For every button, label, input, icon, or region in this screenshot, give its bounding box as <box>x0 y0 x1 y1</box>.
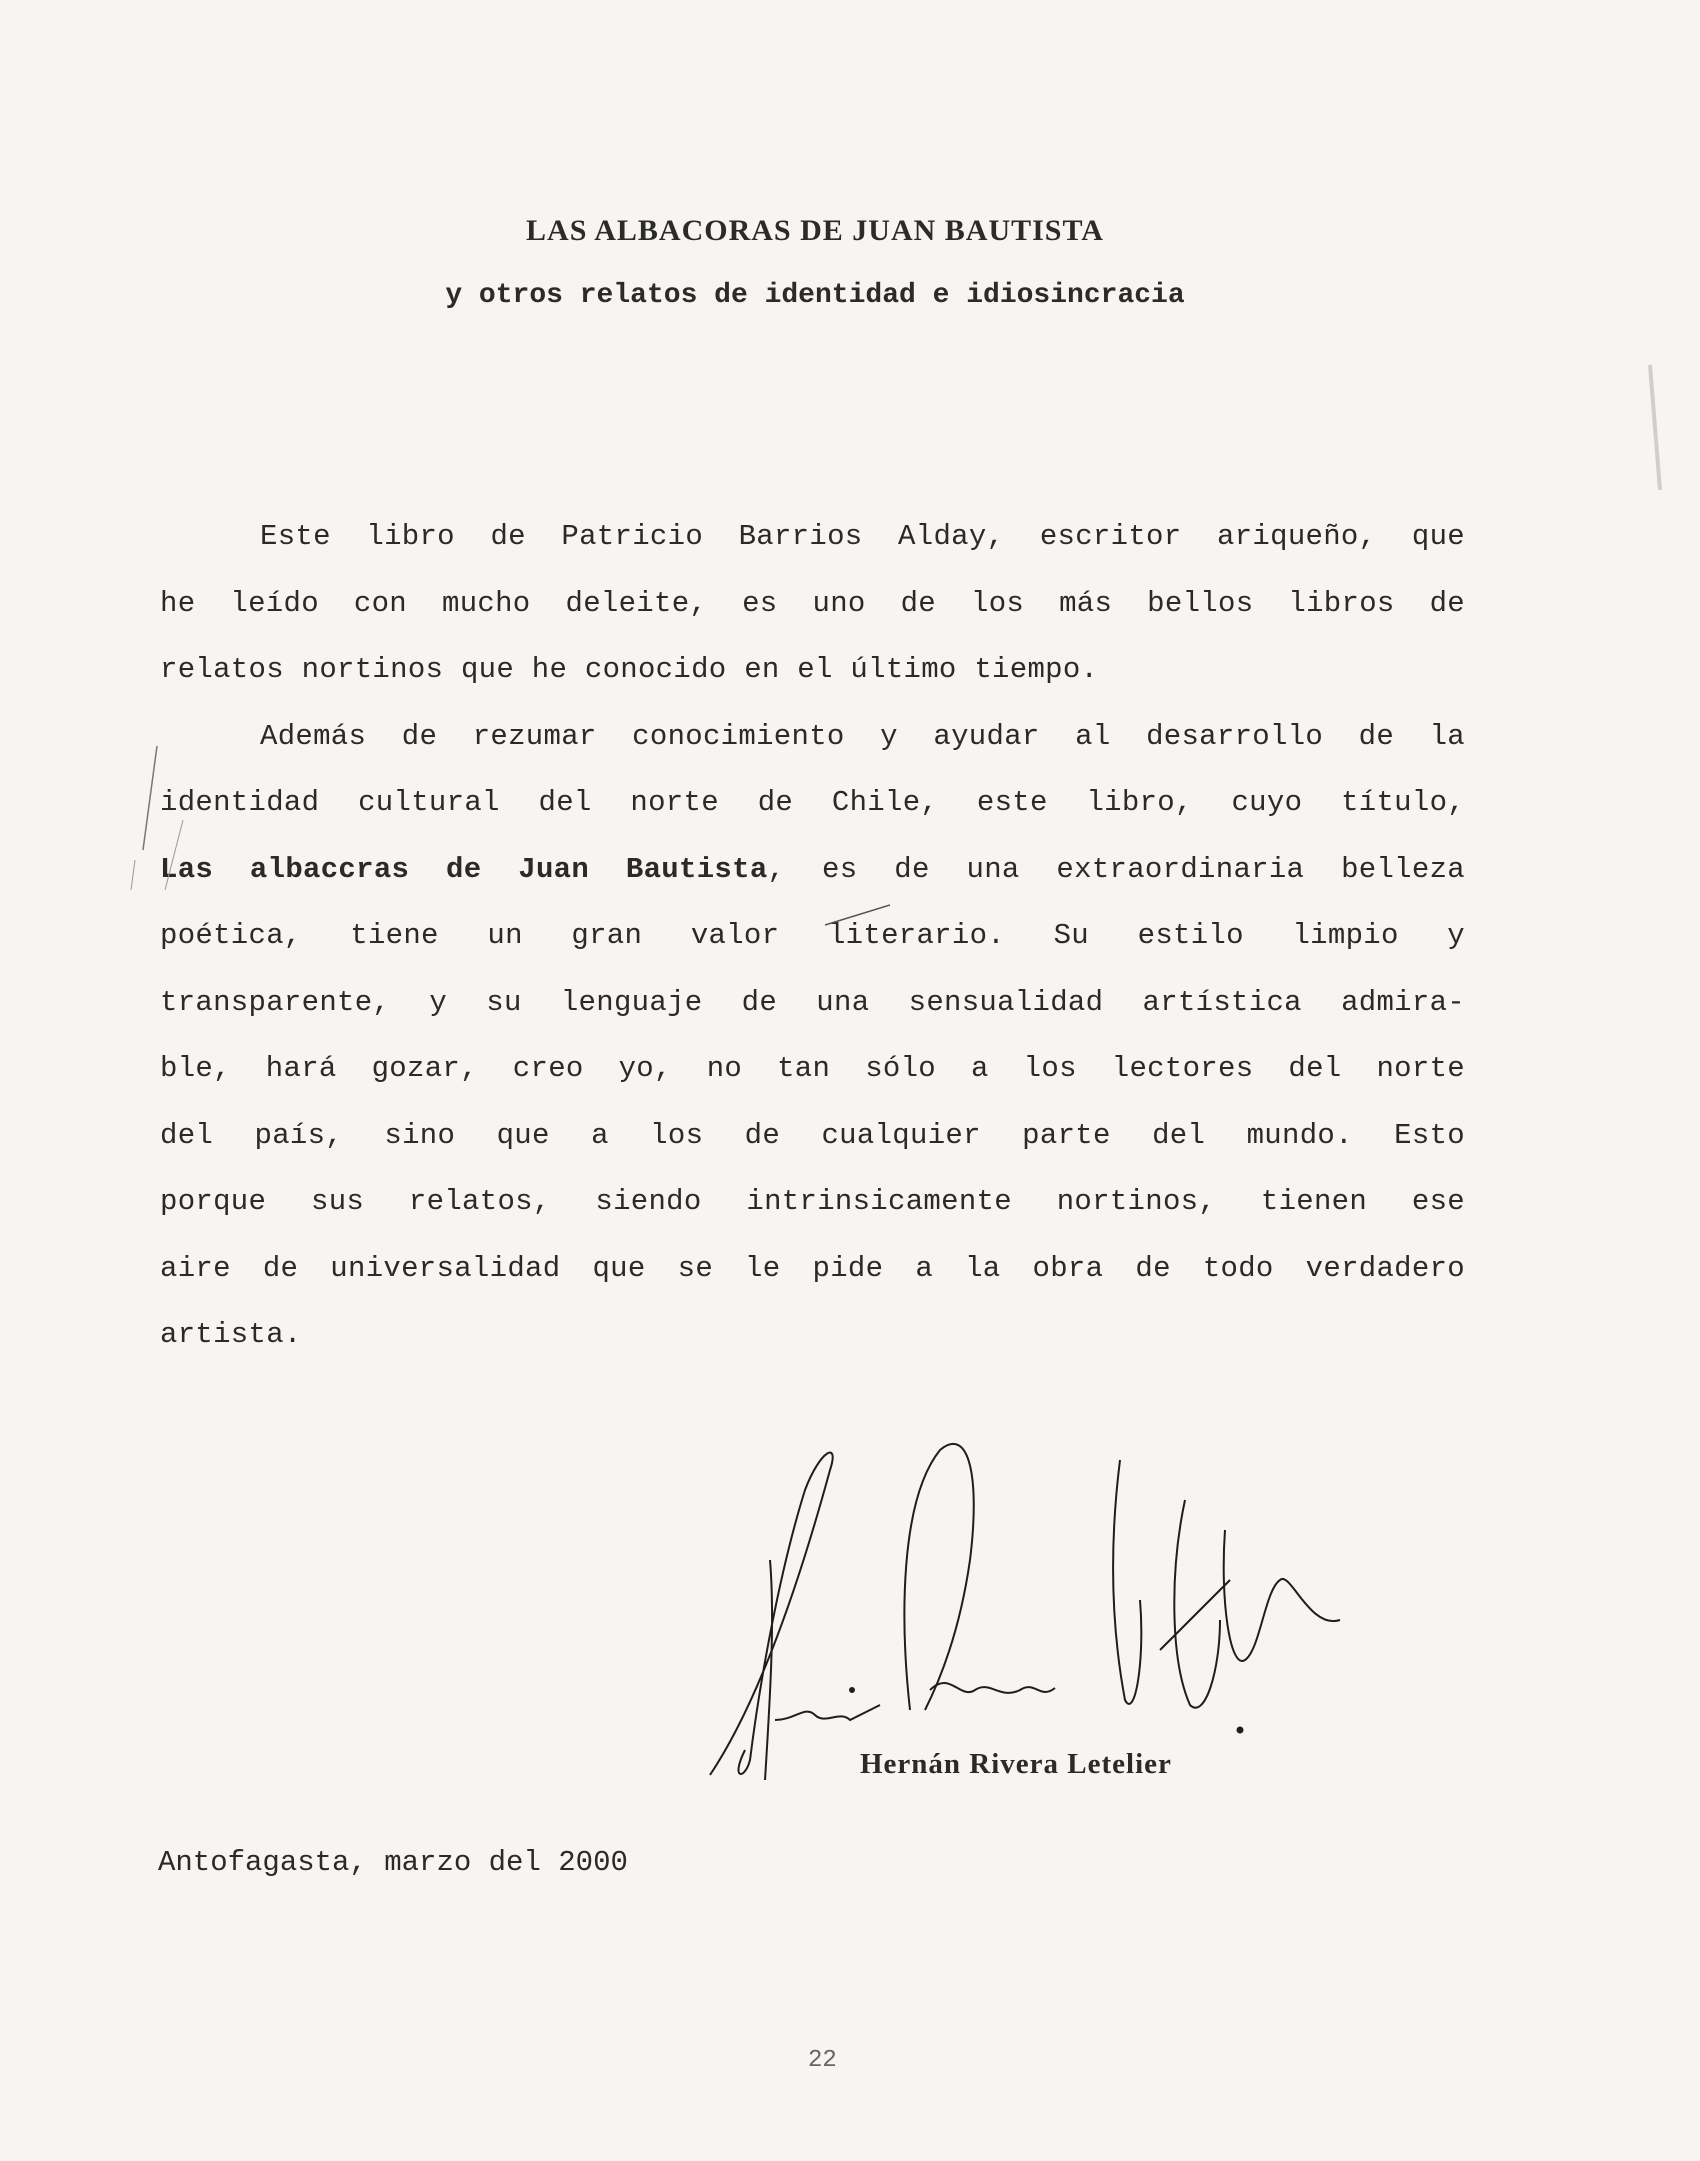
place-date: Antofagasta, marzo del 2000 <box>158 1846 628 1879</box>
text-line: ble, hará gozar, creo yo, no tan sólo a … <box>160 1042 1465 1109</box>
body-text: Este libro de Patricio Barrios Alday, es… <box>160 510 1465 1375</box>
document-subtitle: y otros relatos de identidad e idiosincr… <box>0 280 1630 311</box>
text-line: poética, tiene un gran valor literario. … <box>160 909 1465 976</box>
text-line-with-book-title: Las albaccras de Juan Bautista, es de un… <box>160 843 1465 910</box>
document-page: LAS ALBACORAS DE JUAN BAUTISTA y otros r… <box>0 0 1700 2161</box>
signer-name: Hernán Rivera Letelier <box>860 1748 1172 1781</box>
text-line: identidad cultural del norte de Chile, e… <box>160 776 1465 843</box>
page-number: 22 <box>808 2047 837 2074</box>
pencil-mark-icon <box>820 900 900 930</box>
signature <box>700 1420 1600 1800</box>
text-line-rest: , es de una extraordinaria belleza <box>768 853 1465 886</box>
text-line: Además de rezumar conocimiento y ayudar … <box>160 710 1465 777</box>
text-line: transparente, y su lenguaje de una sensu… <box>160 976 1465 1043</box>
text-line: artista. <box>160 1308 1465 1375</box>
text-line: aire de universalidad que se le pide a l… <box>160 1242 1465 1309</box>
text-line: Este libro de Patricio Barrios Alday, es… <box>160 510 1465 577</box>
text-line: relatos nortinos que he conocido en el ú… <box>160 643 1465 710</box>
document-title: LAS ALBACORAS DE JUAN BAUTISTA <box>0 214 1630 248</box>
text-line: porque sus relatos, siendo intrinsicamen… <box>160 1175 1465 1242</box>
pencil-mark-icon <box>95 740 215 900</box>
book-title-inline: Las albaccras de Juan Bautista <box>160 853 768 886</box>
text-line: he leído con mucho deleite, es uno de lo… <box>160 577 1465 644</box>
scan-smudge-icon <box>1640 360 1670 500</box>
text-line: del país, sino que a los de cualquier pa… <box>160 1109 1465 1176</box>
